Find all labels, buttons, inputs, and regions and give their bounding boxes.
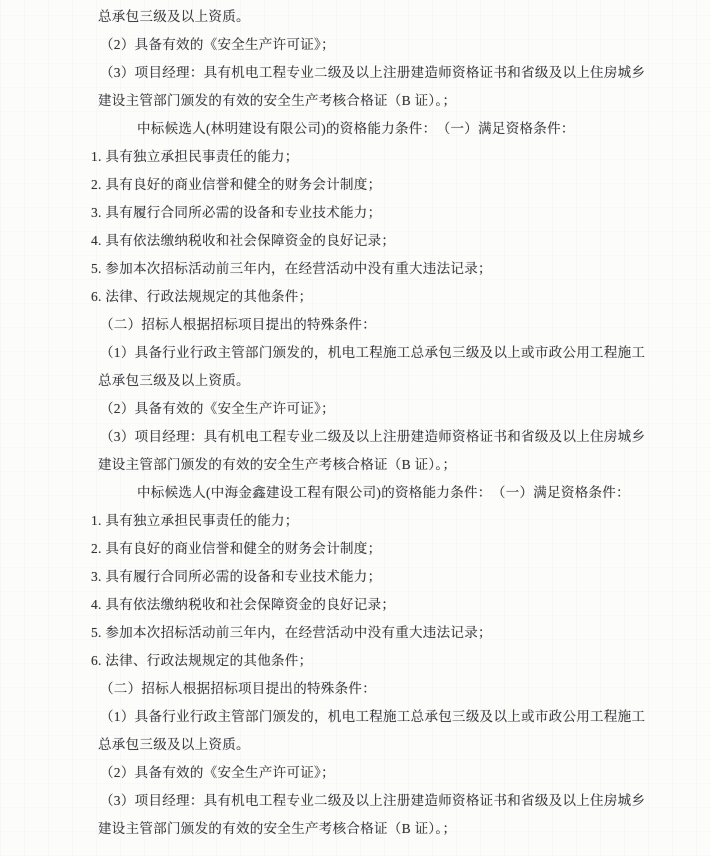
doc-line: 5. 参加本次招标活动前三年内，在经营活动中没有重大违法记录；	[0, 255, 710, 283]
doc-line: 总承包三级及以上资质。	[0, 3, 710, 31]
doc-line: 总承包三级及以上资质。	[0, 731, 710, 759]
doc-line: 2. 具有良好的商业信誉和健全的财务会计制度；	[0, 171, 710, 199]
doc-line: 1. 具有独立承担民事责任的能力；	[0, 507, 710, 535]
doc-line: （3）项目经理：具有机电工程专业二级及以上注册建造师资格证书和省级及以上住房城乡	[0, 423, 710, 451]
doc-line: 4. 具有依法缴纳税收和社会保障资金的良好记录；	[0, 227, 710, 255]
doc-line: 3. 具有履行合同所必需的设备和专业技术能力；	[0, 199, 710, 227]
doc-line: 6. 法律、行政法规规定的其他条件；	[0, 283, 710, 311]
doc-line: （2）具备有效的《安全生产许可证》；	[0, 31, 710, 59]
doc-line-candidate-2-heading: 中标候选人(中海金鑫建设工程有限公司)的资格能力条件： （一）满足资格条件：	[0, 479, 710, 507]
doc-line: 建设主管部门颁发的有效的安全生产考核合格证（B 证）。；	[0, 87, 710, 115]
doc-line: 5. 参加本次招标活动前三年内，在经营活动中没有重大违法记录；	[0, 619, 710, 647]
doc-line: 建设主管部门颁发的有效的安全生产考核合格证（B 证）。；	[0, 815, 710, 843]
doc-line: 2. 具有良好的商业信誉和健全的财务会计制度；	[0, 535, 710, 563]
doc-line: （3）项目经理：具有机电工程专业二级及以上注册建造师资格证书和省级及以上住房城乡	[0, 787, 710, 815]
doc-line: （二）招标人根据招标项目提出的特殊条件：	[0, 311, 710, 339]
doc-line: （2）具备有效的《安全生产许可证》；	[0, 395, 710, 423]
doc-line: 6. 法律、行政法规规定的其他条件；	[0, 647, 710, 675]
doc-line: （3）项目经理：具有机电工程专业二级及以上注册建造师资格证书和省级及以上住房城乡	[0, 59, 710, 87]
doc-line: （2）具备有效的《安全生产许可证》；	[0, 759, 710, 787]
document-text-block: 总承包三级及以上资质。 （2）具备有效的《安全生产许可证》； （3）项目经理：具…	[0, 3, 710, 843]
doc-line: 4. 具有依法缴纳税收和社会保障资金的良好记录；	[0, 591, 710, 619]
doc-line: 总承包三级及以上资质。	[0, 367, 710, 395]
doc-line: （1）具备行业行政主管部门颁发的，机电工程施工总承包三级及以上或市政公用工程施工	[0, 339, 710, 367]
doc-line: （1）具备行业行政主管部门颁发的，机电工程施工总承包三级及以上或市政公用工程施工	[0, 703, 710, 731]
scanned-document-page: 总承包三级及以上资质。 （2）具备有效的《安全生产许可证》； （3）项目经理：具…	[0, 0, 710, 856]
doc-line: 建设主管部门颁发的有效的安全生产考核合格证（B 证）。；	[0, 451, 710, 479]
doc-line: 1. 具有独立承担民事责任的能力；	[0, 143, 710, 171]
doc-line: （二）招标人根据招标项目提出的特殊条件：	[0, 675, 710, 703]
doc-line: 3. 具有履行合同所必需的设备和专业技术能力；	[0, 563, 710, 591]
doc-line-candidate-1-heading: 中标候选人(林明建设有限公司)的资格能力条件： （一）满足资格条件：	[0, 115, 710, 143]
